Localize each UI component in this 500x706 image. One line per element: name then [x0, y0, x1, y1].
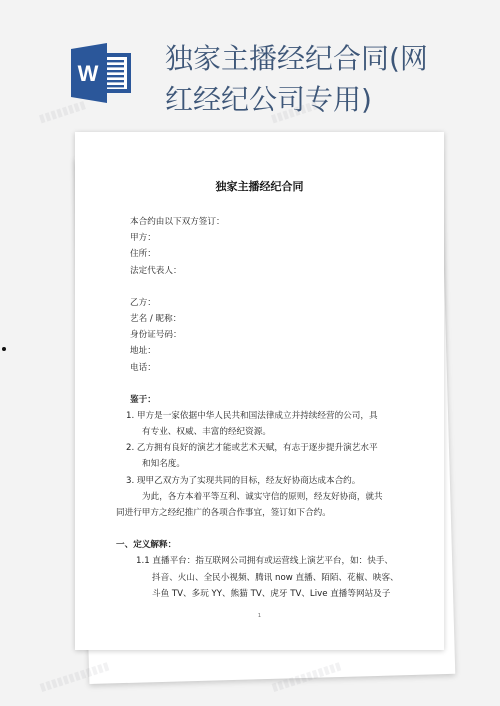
intro-line: 本合约由以下双方签订：	[130, 214, 390, 230]
page-number: 1	[75, 613, 444, 619]
party-b-address: 地址：	[130, 343, 390, 359]
party-b-phone: 电话：	[130, 360, 390, 376]
bullet-dot	[2, 347, 6, 351]
whereas-item-2: 2. 乙方拥有良好的演艺才能或艺术天赋，有志于逐步提升演艺水平	[126, 440, 390, 456]
whereas-heading: 鉴于：	[130, 392, 390, 408]
whereas-item-3: 3. 现甲乙双方为了实现共同的目标，经友好协商达成本合约。	[126, 473, 390, 489]
party-b-label: 乙方：	[130, 295, 390, 311]
svg-text:W: W	[78, 61, 99, 86]
title-line-1: 独家主播经纪合同(网	[165, 38, 455, 79]
word-icon: W	[69, 43, 133, 103]
party-b-id-number: 身份证号码：	[130, 327, 390, 343]
whereas-item-2-cont: 和知名度。	[130, 456, 390, 472]
clause-1-1-line-2: 抖音、火山、全民小视频、腾讯 now 直播、陌陌、花椒、映客、	[130, 570, 390, 586]
clause-1-1-line-1: 1.1 直播平台：指互联网公司拥有或运营线上演艺平台，如：快手、	[136, 553, 390, 569]
section-1-heading: 一、定义解释：	[116, 537, 390, 553]
whereas-closing-2: 同进行甲方之经纪推广的各项合作事宜，签订如下合约。	[116, 505, 390, 521]
party-a-address: 住所：	[130, 246, 390, 262]
whereas-item-1: 1. 甲方是一家依据中华人民共和国法律成立并持续经营的公司，具	[126, 408, 390, 424]
document-page: 独家主播经纪合同 本合约由以下双方签订： 甲方： 住所： 法定代表人： 乙方： …	[75, 132, 444, 650]
party-b-stage-name: 艺名 / 昵称：	[130, 311, 390, 327]
page-title: 独家主播经纪合同	[75, 178, 444, 194]
party-a-label: 甲方：	[130, 230, 390, 246]
party-a-legal-rep: 法定代表人：	[130, 263, 390, 279]
document-body: 本合约由以下双方签订： 甲方： 住所： 法定代表人： 乙方： 艺名 / 昵称： …	[130, 214, 390, 602]
whereas-item-1-cont: 有专业、权威、丰富的经纪资源。	[130, 424, 390, 440]
clause-1-1-line-3: 斗鱼 TV、多玩 YY、熊猫 TV、虎牙 TV、Live 直播等网站及子	[130, 586, 390, 602]
whereas-closing-1: 为此，各方本着平等互利、诚实守信的原则，经友好协商，就共	[130, 489, 390, 505]
